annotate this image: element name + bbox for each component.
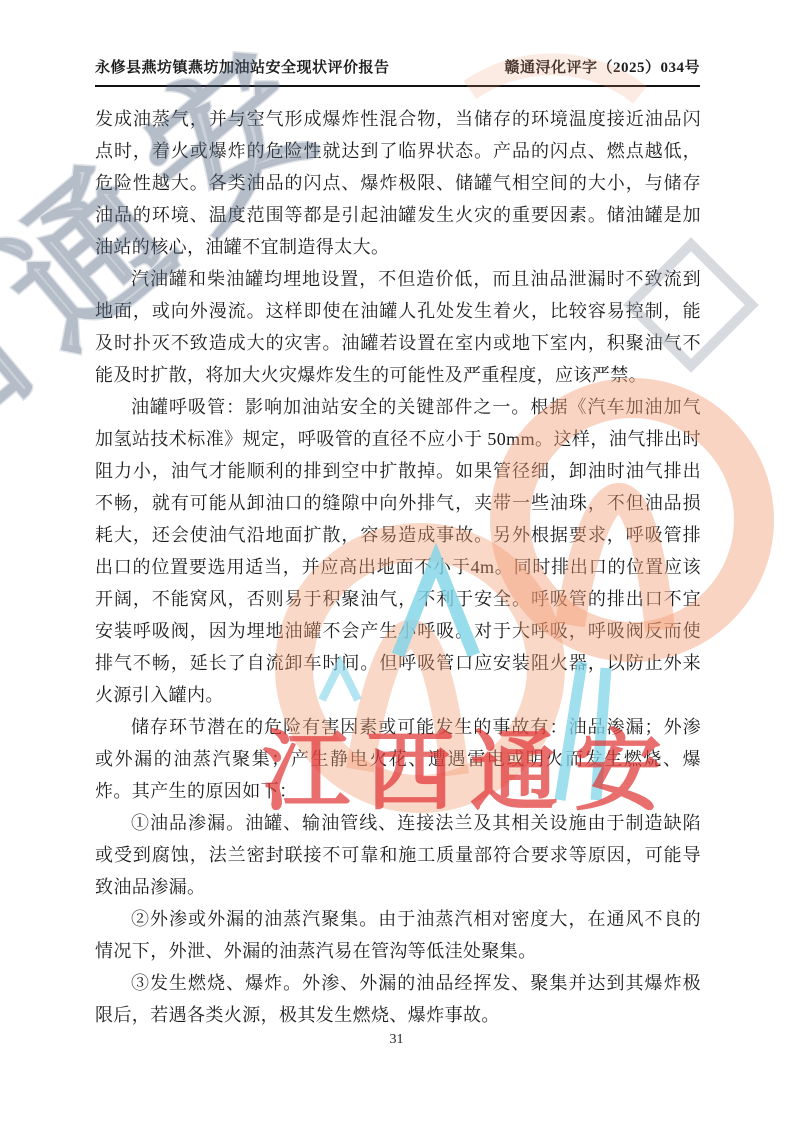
body-paragraph: ①油品渗漏。油罐、输油管线、连接法兰及其相关设施由于制造缺陷或受到腐蚀，法兰密封… [95, 807, 701, 903]
document-number: 赣通浔化评字（2025）034号 [504, 56, 700, 77]
body-paragraph: ②外渗或外漏的油蒸汽聚集。由于油蒸汽相对密度大，在通风不良的情况下，外泄、外漏的… [95, 903, 701, 967]
body-paragraph: 储存环节潜在的危险有害因素或可能发生的事故有：油品渗漏；外渗或外漏的油蒸汽聚集；… [95, 711, 701, 807]
report-title: 永修县燕坊镇燕坊加油站安全现状评价报告 [95, 56, 390, 77]
document-body: 发成油蒸气，并与空气形成爆炸性混合物，当储存的环境温度接近油品闪点时，着火或爆炸… [95, 103, 701, 1031]
body-paragraph: ③发生燃烧、爆炸。外渗、外漏的油品经挥发、聚集并达到其爆炸极限后，若遇各类火源，… [95, 967, 701, 1031]
page-number: 31 [0, 1032, 793, 1048]
body-paragraph: 汽油罐和柴油罐均埋地设置，不但造价低，而且油品泄漏时不致流到地面，或向外漫流。这… [95, 263, 701, 391]
body-paragraph: 发成油蒸气，并与空气形成爆炸性混合物，当储存的环境温度接近油品闪点时，着火或爆炸… [95, 103, 701, 263]
body-paragraph: 油罐呼吸管：影响加油站安全的关键部件之一。根据《汽车加油加气加氢站技术标准》规定… [95, 391, 701, 711]
document-page: 永修县燕坊镇燕坊加油站安全现状评价报告 赣通浔化评字（2025）034号 发成油… [0, 0, 793, 1122]
page-header: 永修县燕坊镇燕坊加油站安全现状评价报告 赣通浔化评字（2025）034号 [95, 56, 700, 87]
